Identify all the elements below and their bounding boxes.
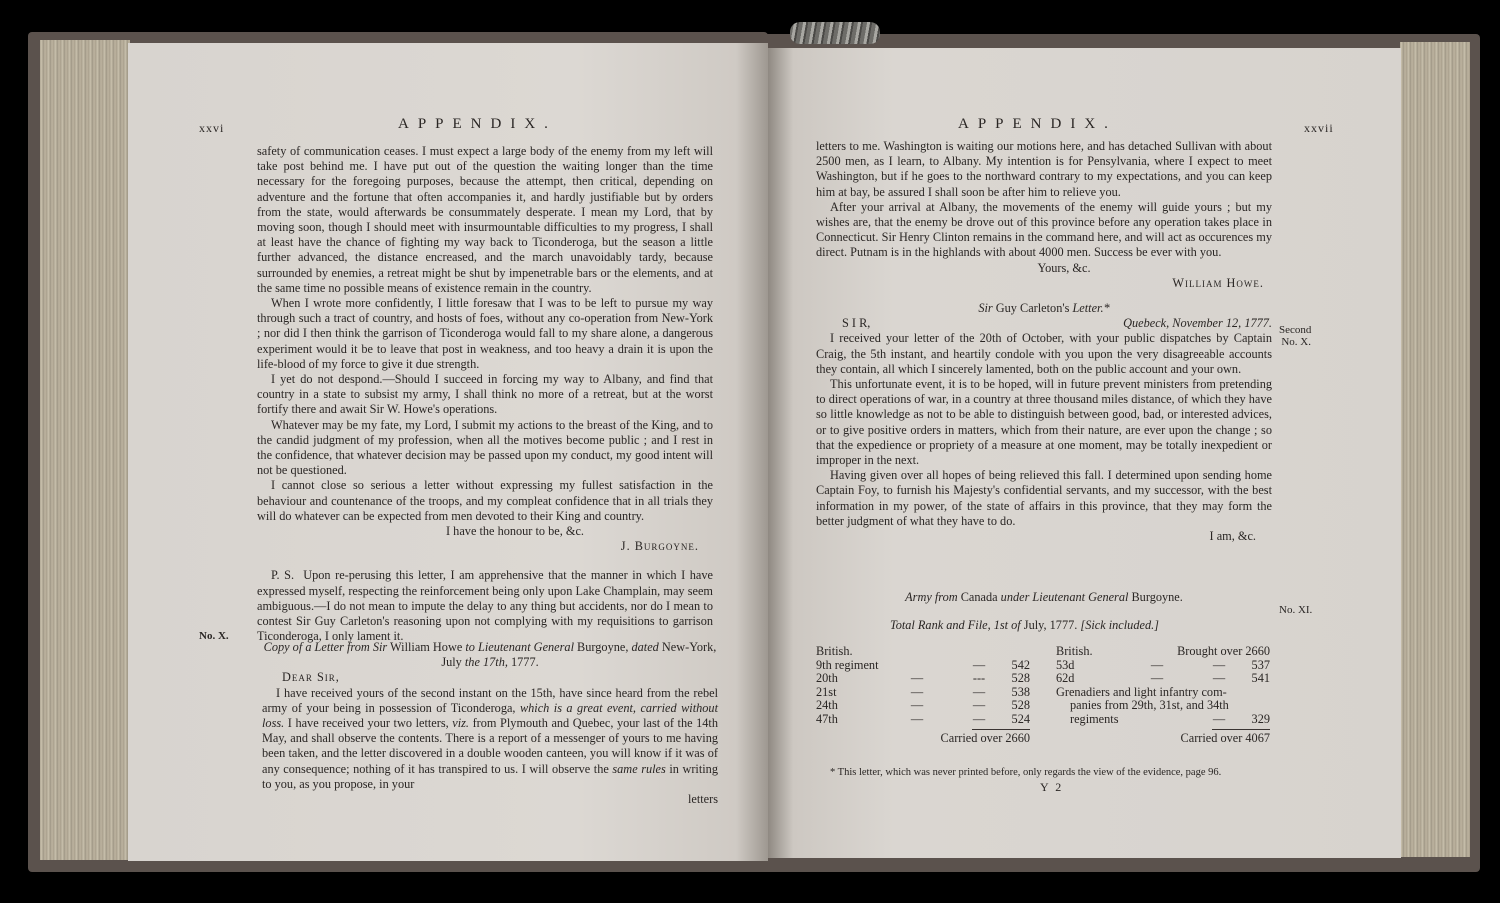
text-fragment: 537 — [1250, 659, 1270, 673]
text-fragment: 47th — [816, 713, 886, 727]
text-fragment: I have received your two letters, — [284, 716, 452, 730]
text-fragment: --- — [948, 672, 1010, 686]
paragraph: letters to me. Washington is waiting our… — [816, 139, 1272, 200]
text-fragment: 9th regiment — [816, 659, 886, 673]
footnote: * This letter, which was never printed b… — [830, 767, 1221, 778]
grenadiers-row: Grenadiers and light infantry com- — [1056, 686, 1270, 700]
text-fragment: [Sick included.] — [1080, 618, 1159, 632]
text-fragment: the 17th, — [465, 655, 508, 669]
paragraph: I received your letter of the 20th of Oc… — [816, 331, 1272, 377]
text-fragment: Grenadiers and light infantry com- — [1056, 686, 1227, 700]
margin-note-no-x: No. X. — [199, 630, 229, 642]
table-row: 20th—---528 — [816, 672, 1030, 686]
signature-mark: Y 2 — [1040, 780, 1063, 795]
carried-over-left: Carried over 2660 — [941, 732, 1030, 746]
carleton-heading: Sir Guy Carleton's Letter.* — [816, 301, 1272, 316]
table-row: 47th——524 — [816, 713, 1030, 727]
margin-note-no-xi: No. XI. — [1279, 604, 1312, 616]
margin-note-second-no-x: Second No. X. — [1279, 324, 1311, 348]
text-fragment: same rules — [612, 762, 665, 776]
text-fragment: — — [1126, 659, 1188, 673]
running-head-left: APPENDIX. — [398, 116, 557, 133]
signature-burgoyne: J. Burgoyne. — [257, 539, 713, 554]
text-fragment: Letter.* — [1072, 301, 1109, 315]
text-fragment: Canada — [958, 590, 1001, 604]
carleton-salutation: S I R, — [842, 316, 870, 331]
table-row: 53d——537 — [1056, 659, 1270, 673]
paragraph: When I wrote more confidently, I little … — [257, 296, 713, 372]
table-header: British. — [1056, 645, 1093, 659]
returns-table-right: British.Brought over 2660 53d——537 62d——… — [1056, 645, 1270, 746]
text-fragment: Copy of a Letter from Sir — [264, 640, 388, 654]
text-fragment: to Lieutenant General — [465, 640, 574, 654]
text-fragment: — — [886, 686, 948, 700]
bookmark-ribbon — [790, 22, 880, 44]
closing: I have the honour to be, &c. — [257, 524, 713, 539]
postscript: Upon re-perusing this letter, I am appre… — [257, 568, 713, 643]
text-fragment: — — [948, 686, 1010, 700]
text-fragment: 62d — [1056, 672, 1126, 686]
text-fragment: — — [1126, 672, 1188, 686]
text-fragment: 1st of — [991, 618, 1021, 632]
text-fragment: 20th — [816, 672, 886, 686]
text-fragment: 53d — [1056, 659, 1126, 673]
text-fragment: 528 — [1010, 699, 1030, 713]
army-heading: Army from Canada under Lieutenant Genera… — [816, 590, 1272, 605]
postscript-label: P. S. — [271, 568, 294, 582]
paragraph: I cannot close so serious a letter witho… — [257, 478, 713, 524]
text-fragment: 542 — [1010, 659, 1030, 673]
text-fragment: viz. — [452, 716, 469, 730]
text-fragment: — — [948, 659, 1010, 673]
text-fragment: under Lieutenant General — [1001, 590, 1129, 604]
text-fragment: William Howe — [387, 640, 465, 654]
page-number-right: xxvii — [1304, 121, 1334, 136]
text-fragment: — — [1188, 713, 1250, 727]
paragraph: After your arrival at Albany, the moveme… — [816, 200, 1272, 261]
paragraph: Having given over all hopes of being rel… — [816, 468, 1272, 529]
text-fragment: 1777. — [508, 655, 539, 669]
table-row: 9th regiment—542 — [816, 659, 1030, 673]
text-fragment: Army from — [905, 590, 957, 604]
carleton-dateline-row: S I R, Quebeck, November 12, 1777. — [816, 316, 1272, 331]
text-fragment: — — [886, 713, 948, 727]
running-head-right: APPENDIX. — [958, 116, 1117, 133]
table-row: 24th——528 — [816, 699, 1030, 713]
text-fragment: dated — [631, 640, 658, 654]
page-number-left: xxvi — [199, 121, 224, 136]
salutation: Dear Sir, — [262, 670, 718, 685]
returns-table-left: British. 9th regiment—542 20th—---528 21… — [816, 645, 1030, 746]
signature-howe: William Howe. — [816, 276, 1272, 291]
page-edges-right — [1400, 42, 1470, 857]
total-line: Total Rank and File, 1st of July, 1777. … — [890, 618, 1290, 633]
right-page-body: letters to me. Washington is waiting our… — [816, 139, 1272, 544]
sum-rule — [972, 729, 1030, 730]
paragraph: I yet do not despond.—Should I succeed i… — [257, 372, 713, 418]
table-header: British. — [816, 645, 853, 659]
carried-over-right: Carried over 4067 — [1181, 732, 1270, 746]
text-fragment: — — [948, 699, 1010, 713]
page-edges-left — [40, 40, 130, 860]
sum-rule — [1212, 729, 1270, 730]
paragraph: I have received yours of the second inst… — [262, 686, 718, 792]
text-fragment: — — [886, 699, 948, 713]
text-fragment — [886, 659, 948, 673]
text-fragment: Sir — [978, 301, 992, 315]
paragraph: safety of communication ceases. I must e… — [257, 144, 713, 296]
text-fragment: — — [886, 672, 948, 686]
paragraph: Whatever may be my fate, my Lord, I subm… — [257, 418, 713, 479]
text-fragment: 538 — [1010, 686, 1030, 700]
carleton-dateline: Quebeck, November 12, 1777. — [1123, 316, 1272, 331]
text-fragment: panies from 29th, 31st, and 34th — [1070, 699, 1229, 713]
text-fragment: July, 1777. — [1021, 618, 1081, 632]
text-fragment: Burgoyne. — [1128, 590, 1182, 604]
paragraph: This unfortunate event, it is to be hope… — [816, 377, 1272, 468]
text-fragment: — — [948, 713, 1010, 727]
table-row: 62d——541 — [1056, 672, 1270, 686]
text-fragment: 329 — [1250, 713, 1270, 727]
carleton-closing: I am, &c. — [816, 529, 1272, 544]
text-fragment: 24th — [816, 699, 886, 713]
closing: Yours, &c. — [816, 261, 1272, 276]
text-fragment: Burgoyne, — [574, 640, 632, 654]
left-page-body: safety of communication ceases. I must e… — [257, 144, 713, 645]
text-fragment: Guy Carleton's — [993, 301, 1073, 315]
text-fragment: 21st — [816, 686, 886, 700]
text-fragment: 524 — [1010, 713, 1030, 727]
text-fragment: regiments — [1070, 713, 1188, 727]
text-fragment: Total Rank and File, — [890, 618, 991, 632]
letter-heading: Copy of a Letter from Sir William Howe t… — [262, 640, 718, 670]
catchword: letters — [262, 792, 718, 807]
howe-letter: Copy of a Letter from Sir William Howe t… — [262, 640, 718, 807]
table-row: 21st——538 — [816, 686, 1030, 700]
text-fragment: — — [1188, 659, 1250, 673]
text-fragment: — — [1188, 672, 1250, 686]
brought-over: Brought over 2660 — [1177, 645, 1270, 659]
text-fragment: 541 — [1250, 672, 1270, 686]
text-fragment: 528 — [1010, 672, 1030, 686]
